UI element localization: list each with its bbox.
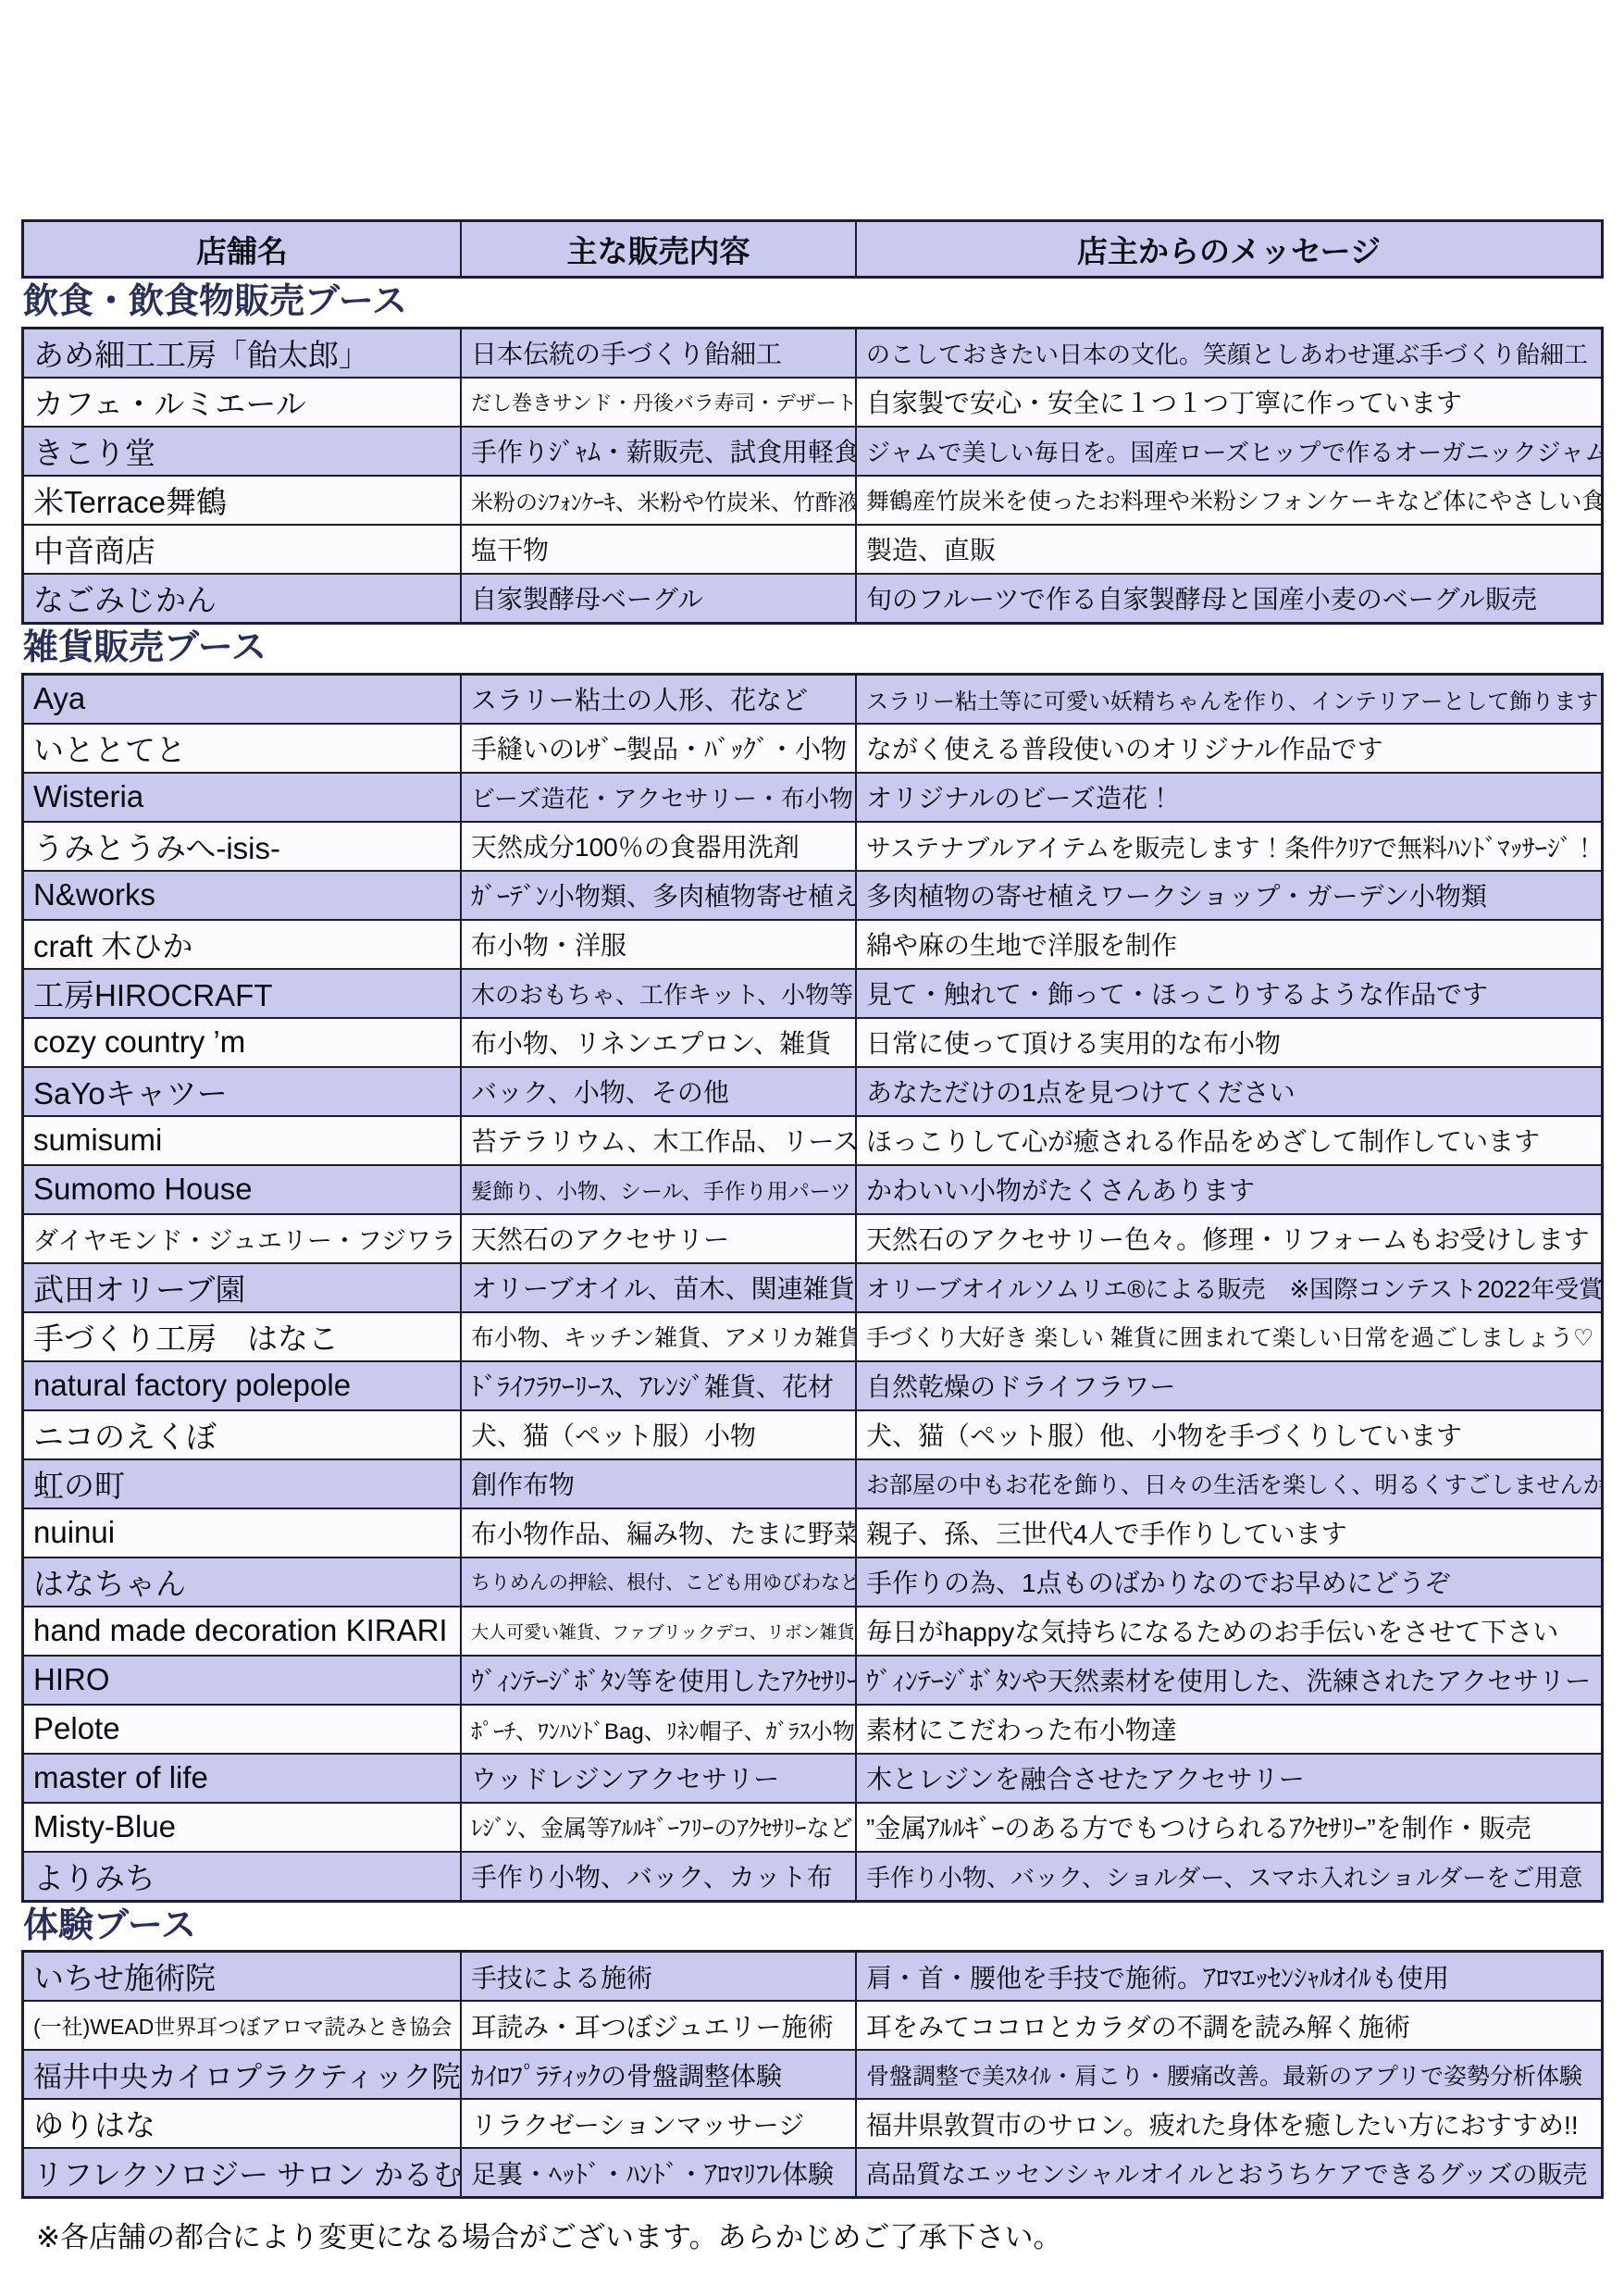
- shop-name-cell: natural factory polepole: [24, 1362, 460, 1409]
- message-cell: 毎日がhappyな気持ちになるためのお手伝いをさせて下さい: [855, 1607, 1601, 1655]
- shop-name-cell-text: 米Terrace舞鶴: [33, 478, 227, 522]
- products-cell-text: 米粉のｼﾌｫﾝｹｰｷ、米粉や竹炭米、竹酢液: [471, 484, 855, 516]
- page: 店舗名 主な販売内容 店主からのメッセージ 飲食・飲食物販売ブースあめ細工工房「…: [0, 0, 1624, 2296]
- products-cell: 天然石のアクセサリー: [460, 1215, 855, 1262]
- message-cell-text: 高品質なエッセンシャルオイルとおうちケアできるグッズの販売: [866, 2154, 1587, 2191]
- products-cell-text: ﾄﾞﾗｲﾌﾗﾜｰﾘｰｽ、ｱﾚﾝｼﾞ雑貨、花材: [471, 1367, 834, 1404]
- products-cell: 木のおもちゃ、工作キット、小物等: [460, 970, 855, 1017]
- products-cell: 髪飾り、小物、シール、手作り用パーツ: [460, 1166, 855, 1213]
- products-cell-text: 天然石のアクセサリー: [471, 1220, 729, 1257]
- booth-row: 武田オリーブ園オリーブオイル、苗木、関連雑貨オリーブオイルソムリエ®による販売 …: [24, 1262, 1601, 1311]
- message-cell: 自家製で安心・安全に１つ１つ丁寧に作っています: [855, 379, 1601, 426]
- shop-name-cell-text: hand made decoration KIRARI: [33, 1613, 448, 1648]
- booth-row: カフェ・ルミエールだし巻きサンド・丹後バラ寿司・デザート自家製で安心・安全に１つ…: [24, 377, 1601, 426]
- products-cell-text: リラクゼーションマッサージ: [471, 2105, 804, 2142]
- message-cell: 舞鶴産竹炭米を使ったお料理や米粉シフォンケーキなど体にやさしい食: [855, 477, 1601, 524]
- products-cell-text: 布小物・洋服: [471, 925, 626, 962]
- booth-row: master of lifeウッドレジンアクセサリー木とレジンを融合させたアクセ…: [24, 1753, 1601, 1802]
- message-cell-text: スラリー粘土等に可愛い妖精ちゃんを作り、インテリアーとして飾ります: [866, 683, 1598, 715]
- products-cell: 米粉のｼﾌｫﾝｹｰｷ、米粉や竹炭米、竹酢液: [460, 477, 855, 524]
- booth-row: いちせ施術院手技による施術肩・首・腰他を手技で施術。ｱﾛﾏｴｯｾﾝｼｬﾙｵｲﾙも…: [24, 1953, 1601, 2000]
- products-cell: ウッドレジンアクセサリー: [460, 1755, 855, 1802]
- message-cell: のこしておきたい日本の文化。笑顔としあわせ運ぶ手づくり飴細工: [855, 329, 1601, 377]
- column-header-message-label: 店主からのメッセージ: [1077, 228, 1381, 271]
- shop-name-cell-text: ゆりはな: [33, 2102, 155, 2145]
- shop-name-cell: ニコのえくぼ: [24, 1411, 460, 1458]
- booth-row: sumisumi苔テラリウム、木工作品、リースほっこりして心が癒される作品をめざ…: [24, 1115, 1601, 1164]
- products-cell-text: 手技による施術: [471, 1958, 652, 1995]
- products-cell-text: 耳読み・耳つぼジュエリー施術: [471, 2007, 833, 2044]
- products-cell-text: 布小物、リネンエプロン、雑貨: [471, 1024, 831, 1061]
- products-cell-text: 自家製酵母ベーグル: [471, 579, 703, 616]
- products-cell-text: 犬、猫（ペット服）小物: [471, 1416, 756, 1453]
- products-cell: 手作り小物、バック、カット布: [460, 1853, 855, 1900]
- shop-name-cell: きこり堂: [24, 428, 460, 475]
- products-cell: 手作りｼﾞｬﾑ・薪販売、試食用軽食: [460, 428, 855, 475]
- products-cell-text: ビーズ造花・アクセサリー・布小物: [471, 780, 853, 814]
- message-cell: かわいい小物がたくさんあります: [855, 1166, 1601, 1213]
- message-cell: スラリー粘土等に可愛い妖精ちゃんを作り、インテリアーとして飾ります: [855, 676, 1601, 723]
- products-cell-text: ｶﾞｰﾃﾞﾝ小物類、多肉植物寄せ植え: [471, 876, 855, 913]
- products-cell: 塩干物: [460, 526, 855, 573]
- products-cell: ｶｲﾛﾌﾟﾗﾃｨｯｸの骨盤調整体験: [460, 2051, 855, 2098]
- message-cell-text: 天然石のアクセサリー色々。修理・リフォームもお受けします: [866, 1220, 1590, 1257]
- section-title: 飲食・飲食物販売ブース: [21, 279, 1604, 327]
- shop-name-cell: cozy country ’m: [24, 1019, 460, 1066]
- shop-name-cell-text: はなちゃん: [33, 1560, 186, 1604]
- shop-name-cell: N&works: [24, 872, 460, 919]
- products-cell: 耳読み・耳つぼジュエリー施術: [460, 2002, 855, 2049]
- products-cell-text: ﾚｼﾞﾝ、金属等ｱﾙﾙｷﾞｰﾌﾘｰのｱｸｾｻﾘｰなど: [471, 1810, 853, 1843]
- booth-section: 飲食・飲食物販売ブースあめ細工工房「飴太郎」日本伝統の手づくり飴細工のこしておき…: [21, 279, 1604, 625]
- shop-name-cell-text: natural factory polepole: [33, 1368, 351, 1403]
- shop-name-cell: 中音商店: [24, 526, 460, 573]
- shop-name-cell: 手づくり工房 はなこ: [24, 1313, 460, 1360]
- shop-name-cell-text: 武田オリーブ園: [33, 1266, 245, 1309]
- booth-row: N&worksｶﾞｰﾃﾞﾝ小物類、多肉植物寄せ植え多肉植物の寄せ植えワークショッ…: [24, 870, 1601, 919]
- message-cell-text: 手づくり大好き 楽しい 雑貨に囲まれて楽しい日常を過ごしましょう♡: [866, 1320, 1593, 1353]
- shop-name-cell: (一社)WEAD世界耳つぼアロマ読みとき協会: [24, 2002, 460, 2049]
- message-cell-text: のこしておきたい日本の文化。笑顔としあわせ運ぶ手づくり飴細工: [866, 336, 1588, 370]
- shop-name-cell: Aya: [24, 676, 460, 723]
- shop-name-cell-text: うみとうみへ-isis-: [33, 825, 280, 868]
- message-cell: 自然乾燥のドライフラワー: [855, 1362, 1601, 1409]
- products-cell-text: スラリー粘土の人形、花など: [471, 680, 808, 717]
- products-cell-text: ウッドレジンアクセサリー: [471, 1759, 779, 1796]
- products-cell: 天然成分100％の食器用洗剤: [460, 823, 855, 870]
- message-cell: 綿や麻の生地で洋服を制作: [855, 921, 1601, 968]
- products-cell: ﾚｼﾞﾝ、金属等ｱﾙﾙｷﾞｰﾌﾘｰのｱｸｾｻﾘｰなど: [460, 1804, 855, 1851]
- message-cell-text: 毎日がhappyな気持ちになるためのお手伝いをさせて下さい: [866, 1612, 1558, 1649]
- message-cell-text: 多肉植物の寄せ植えワークショップ・ガーデン小物類: [866, 876, 1487, 913]
- message-cell-text: ほっこりして心が癒される作品をめざして制作しています: [866, 1122, 1540, 1159]
- message-cell-text: あなただけの1点を見つけてください: [866, 1073, 1295, 1110]
- message-cell: 素材にこだわった布小物達: [855, 1706, 1601, 1753]
- column-header-products: 主な販売内容: [460, 222, 855, 276]
- products-cell: ちりめんの押絵、根付、こども用ゆびわなど: [460, 1558, 855, 1606]
- shop-name-cell: Misty-Blue: [24, 1804, 460, 1851]
- booth-table: Ayaスラリー粘土の人形、花などスラリー粘土等に可愛い妖精ちゃんを作り、インテリ…: [21, 673, 1604, 1903]
- message-cell: ｳﾞｨﾝﾃｰｼﾞﾎﾞﾀﾝや天然素材を使用した、洗練されたアクセサリー: [855, 1657, 1601, 1704]
- shop-name-cell-text: なごみじかん: [33, 577, 217, 620]
- message-cell: 製造、直販: [855, 526, 1601, 573]
- shop-name-cell: 米Terrace舞鶴: [24, 477, 460, 524]
- shop-name-cell: HIRO: [24, 1657, 460, 1704]
- message-cell: 旬のフルーツで作る自家製酵母と国産小麦のベーグル販売: [855, 575, 1601, 622]
- message-cell-text: 手作りの為、1点ものばかりなのでお早めにどうぞ: [866, 1563, 1451, 1600]
- booth-row: リフレクソロジー サロン かるむ足裏・ﾍｯﾄﾞ・ﾊﾝﾄﾞ・ｱﾛﾏﾘﾌﾚ体験高品質…: [24, 2147, 1601, 2196]
- shop-name-cell-text: SaYoキャツー: [33, 1070, 228, 1113]
- shop-name-cell: リフレクソロジー サロン かるむ: [24, 2149, 460, 2196]
- booth-table: あめ細工工房「飴太郎」日本伝統の手づくり飴細工のこしておきたい日本の文化。笑顔と…: [21, 327, 1604, 625]
- message-cell-text: 綿や麻の生地で洋服を制作: [866, 925, 1177, 962]
- products-cell: 手縫いのﾚｻﾞｰ製品・ﾊﾞｯｸﾞ・小物: [460, 725, 855, 772]
- shop-name-cell-text: きこり堂: [33, 429, 155, 473]
- message-cell-text: 耳をみてココロとカラダの不調を読み解く施術: [866, 2007, 1410, 2044]
- shop-name-cell: 福井中央カイロプラクティック院: [24, 2051, 460, 2098]
- message-cell-text: 素材にこだわった布小物達: [866, 1710, 1177, 1747]
- products-cell-text: ﾎﾟｰﾁ、ﾜﾝﾊﾝﾄﾞBag、ﾘﾈﾝ帽子、ｶﾞﾗｽ小物: [471, 1713, 855, 1745]
- message-cell: 多肉植物の寄せ植えワークショップ・ガーデン小物類: [855, 872, 1601, 919]
- shop-name-cell: nuinui: [24, 1509, 460, 1557]
- products-cell: 布小物、キッチン雑貨、アメリカ雑貨: [460, 1313, 855, 1360]
- shop-name-cell-text: Wisteria: [33, 779, 143, 814]
- message-cell: 手作りの為、1点ものばかりなのでお早めにどうぞ: [855, 1558, 1601, 1606]
- products-cell: ビーズ造花・アクセサリー・布小物: [460, 774, 855, 821]
- message-cell-text: オリーブオイルソムリエ®による販売 ※国際コンテスト2022年受賞: [866, 1271, 1601, 1305]
- shop-name-cell: うみとうみへ-isis-: [24, 823, 460, 870]
- booth-row: 手づくり工房 はなこ布小物、キッチン雑貨、アメリカ雑貨手づくり大好き 楽しい 雑…: [24, 1311, 1601, 1360]
- products-cell: バック、小物、その他: [460, 1068, 855, 1115]
- products-cell-text: ｶｲﾛﾌﾟﾗﾃｨｯｸの骨盤調整体験: [471, 2056, 782, 2093]
- shop-name-cell-text: いととてと: [33, 726, 186, 770]
- message-cell: ジャムで美しい毎日を。国産ローズヒップで作るオーガニックジャム: [855, 428, 1601, 475]
- booth-section: 体験ブースいちせ施術院手技による施術肩・首・腰他を手技で施術。ｱﾛﾏｴｯｾﾝｼｬ…: [21, 1903, 1604, 2200]
- shop-name-cell: はなちゃん: [24, 1558, 460, 1606]
- products-cell-text: 苔テラリウム、木工作品、リース: [471, 1122, 855, 1159]
- shop-name-cell-text: craft 木ひか: [33, 923, 192, 966]
- shop-name-cell: ゆりはな: [24, 2100, 460, 2147]
- message-cell-text: 自家製で安心・安全に１つ１つ丁寧に作っています: [866, 383, 1462, 420]
- message-cell: オリーブオイルソムリエ®による販売 ※国際コンテスト2022年受賞: [855, 1264, 1601, 1311]
- shop-name-cell: 武田オリーブ園: [24, 1264, 460, 1311]
- products-cell: 日本伝統の手づくり飴細工: [460, 329, 855, 377]
- shop-name-cell-text: nuinui: [33, 1515, 115, 1550]
- products-cell-text: ちりめんの押絵、根付、こども用ゆびわなど: [471, 1568, 855, 1595]
- message-cell-text: 親子、孫、三世代4人で手作りしています: [866, 1514, 1347, 1551]
- booth-row: natural factory polepoleﾄﾞﾗｲﾌﾗﾜｰﾘｰｽ、ｱﾚﾝｼ…: [24, 1360, 1601, 1409]
- message-cell-text: サステナブルアイテムを販売します！条件ｸﾘｱで無料ﾊﾝﾄﾞﾏｯｻｰｼﾞ！: [866, 828, 1597, 864]
- shop-name-cell: あめ細工工房「飴太郎」: [24, 329, 460, 377]
- products-cell-text: 大人可愛い雑貨、ファブリックデコ、リボン雑貨: [471, 1619, 855, 1644]
- message-cell: ながく使える普段使いのオリジナル作品です: [855, 725, 1601, 772]
- products-cell-text: オリーブオイル、苗木、関連雑貨: [471, 1269, 855, 1306]
- message-cell-text: 福井県敦賀市のサロン。疲れた身体を癒したい方におすすめ!!: [866, 2105, 1579, 2142]
- shop-name-cell-text: 工房HIROCRAFT: [33, 972, 273, 1015]
- shop-name-cell-text: HIRO: [33, 1662, 110, 1697]
- message-cell-text: お部屋の中もお花を飾り、日々の生活を楽しく、明るくすごしませんか: [866, 1467, 1601, 1500]
- shop-name-cell-text: Aya: [33, 681, 85, 716]
- products-cell-text: 足裏・ﾍｯﾄﾞ・ﾊﾝﾄﾞ・ｱﾛﾏﾘﾌﾚ体験: [471, 2154, 834, 2191]
- message-cell: 見て・触れて・飾って・ほっこりするような作品です: [855, 970, 1601, 1017]
- message-cell: あなただけの1点を見つけてください: [855, 1068, 1601, 1115]
- shop-name-cell: いちせ施術院: [24, 1953, 460, 2000]
- booth-sections: 飲食・飲食物販売ブースあめ細工工房「飴太郎」日本伝統の手づくり飴細工のこしておき…: [21, 279, 1604, 2199]
- products-cell: ﾎﾟｰﾁ、ﾜﾝﾊﾝﾄﾞBag、ﾘﾈﾝ帽子、ｶﾞﾗｽ小物: [460, 1706, 855, 1753]
- shop-name-cell-text: 福井中央カイロプラクティック院: [33, 2054, 460, 2095]
- shop-name-cell: Sumomo House: [24, 1166, 460, 1213]
- products-cell: ｳﾞｨﾝﾃｰｼﾞﾎﾞﾀﾝ等を使用したｱｸｾｻﾘｰ: [460, 1657, 855, 1704]
- message-cell-text: 日常に使って頂ける実用的な布小物: [866, 1024, 1281, 1061]
- column-header-row: 店舗名 主な販売内容 店主からのメッセージ: [24, 222, 1601, 276]
- shop-name-cell-text: 手づくり工房 はなこ: [33, 1315, 339, 1359]
- column-header-shop-name: 店舗名: [24, 222, 460, 276]
- message-cell: 耳をみてココロとカラダの不調を読み解く施術: [855, 2002, 1601, 2049]
- shop-name-cell-text: ニコのえくぼ: [33, 1413, 217, 1457]
- message-cell-text: 骨盤調整で美ｽﾀｲﾙ・肩こり・腰痛改善。最新のアプリで姿勢分析体験: [866, 2058, 1582, 2091]
- message-cell: 骨盤調整で美ｽﾀｲﾙ・肩こり・腰痛改善。最新のアプリで姿勢分析体験: [855, 2051, 1601, 2098]
- shop-name-cell: いととてと: [24, 725, 460, 772]
- products-cell-text: 布小物作品、編み物、たまに野菜: [471, 1514, 855, 1551]
- shop-name-cell-text: いちせ施術院: [33, 1955, 216, 1998]
- shop-name-cell-text: sumisumi: [33, 1123, 162, 1158]
- message-cell-text: オリジナルのビーズ造花！: [866, 778, 1173, 815]
- products-cell-text: ｳﾞｨﾝﾃｰｼﾞﾎﾞﾀﾝ等を使用したｱｸｾｻﾘｰ: [471, 1661, 855, 1698]
- shop-name-cell-text: 中音商店: [33, 527, 155, 571]
- products-cell: だし巻きサンド・丹後バラ寿司・デザート: [460, 379, 855, 426]
- shop-name-cell-text: master of life: [33, 1760, 208, 1795]
- booth-row: いととてと手縫いのﾚｻﾞｰ製品・ﾊﾞｯｸﾞ・小物ながく使える普段使いのオリジナル…: [24, 723, 1601, 772]
- shop-name-cell: なごみじかん: [24, 575, 460, 622]
- message-cell: 日常に使って頂ける実用的な布小物: [855, 1019, 1601, 1066]
- message-cell-text: ジャムで美しい毎日を。国産ローズヒップで作るオーガニックジャム: [866, 434, 1601, 468]
- message-cell: 手作り小物、バック、ショルダー、スマホ入れショルダーをご用意: [855, 1853, 1601, 1900]
- message-cell: サステナブルアイテムを販売します！条件ｸﾘｱで無料ﾊﾝﾄﾞﾏｯｻｰｼﾞ！: [855, 823, 1601, 870]
- shop-name-cell: 工房HIROCRAFT: [24, 970, 460, 1017]
- products-cell-text: バック、小物、その他: [471, 1073, 729, 1110]
- shop-name-cell-text: よりみち: [33, 1855, 155, 1898]
- booth-row: Peloteﾎﾟｰﾁ、ﾜﾝﾊﾝﾄﾞBag、ﾘﾈﾝ帽子、ｶﾞﾗｽ小物素材にこだわっ…: [24, 1704, 1601, 1753]
- section-title: 体験ブース: [21, 1903, 1604, 1951]
- section-title: 雑貨販売ブース: [21, 625, 1604, 673]
- message-cell-text: ”金属ｱﾙﾙｷﾞｰのある方でもつけられるｱｸｾｻﾘｰ”を制作・販売: [866, 1808, 1531, 1845]
- booth-row: craft 木ひか布小物・洋服綿や麻の生地で洋服を制作: [24, 919, 1601, 968]
- products-cell: 布小物、リネンエプロン、雑貨: [460, 1019, 855, 1066]
- products-cell: リラクゼーションマッサージ: [460, 2100, 855, 2147]
- booth-row: 米Terrace舞鶴米粉のｼﾌｫﾝｹｰｷ、米粉や竹炭米、竹酢液舞鶴産竹炭米を使っ…: [24, 475, 1601, 524]
- booth-row: 福井中央カイロプラクティック院ｶｲﾛﾌﾟﾗﾃｨｯｸの骨盤調整体験骨盤調整で美ｽﾀ…: [24, 2049, 1601, 2098]
- products-cell-text: 手作り小物、バック、カット布: [471, 1857, 833, 1894]
- products-cell: 犬、猫（ペット服）小物: [460, 1411, 855, 1458]
- message-cell: オリジナルのビーズ造花！: [855, 774, 1601, 821]
- products-cell: 創作布物: [460, 1460, 855, 1508]
- booth-row: 虹の町創作布物お部屋の中もお花を飾り、日々の生活を楽しく、明るくすごしませんか: [24, 1458, 1601, 1508]
- booth-row: Ayaスラリー粘土の人形、花などスラリー粘土等に可愛い妖精ちゃんを作り、インテリ…: [24, 676, 1601, 723]
- shop-name-cell-text: ダイヤモンド・ジュエリー・フジワラ: [33, 1221, 456, 1257]
- shop-name-cell: よりみち: [24, 1853, 460, 1900]
- shop-name-cell-text: cozy country ’m: [33, 1024, 245, 1060]
- message-cell: 高品質なエッセンシャルオイルとおうちケアできるグッズの販売: [855, 2149, 1601, 2196]
- products-cell-text: 日本伝統の手づくり飴細工: [471, 334, 782, 371]
- shop-name-cell-text: Sumomo House: [33, 1172, 253, 1207]
- booth-row: なごみじかん自家製酵母ベーグル旬のフルーツで作る自家製酵母と国産小麦のベーグル販…: [24, 573, 1601, 622]
- message-cell: お部屋の中もお花を飾り、日々の生活を楽しく、明るくすごしませんか: [855, 1460, 1601, 1508]
- message-cell-text: かわいい小物がたくさんあります: [866, 1171, 1255, 1208]
- shop-name-cell: Wisteria: [24, 774, 460, 821]
- booth-row: hand made decoration KIRARI大人可愛い雑貨、ファブリッ…: [24, 1606, 1601, 1655]
- message-cell: ”金属ｱﾙﾙｷﾞｰのある方でもつけられるｱｸｾｻﾘｰ”を制作・販売: [855, 1804, 1601, 1851]
- products-cell-text: 塩干物: [471, 530, 549, 567]
- booth-row: はなちゃんちりめんの押絵、根付、こども用ゆびわなど手作りの為、1点ものばかりなの…: [24, 1557, 1601, 1606]
- products-cell: ﾄﾞﾗｲﾌﾗﾜｰﾘｰｽ、ｱﾚﾝｼﾞ雑貨、花材: [460, 1362, 855, 1409]
- message-cell: 手づくり大好き 楽しい 雑貨に囲まれて楽しい日常を過ごしましょう♡: [855, 1313, 1601, 1360]
- booth-row: あめ細工工房「飴太郎」日本伝統の手づくり飴細工のこしておきたい日本の文化。笑顔と…: [24, 329, 1601, 377]
- booth-row: 中音商店塩干物製造、直販: [24, 524, 1601, 573]
- shop-name-cell: SaYoキャツー: [24, 1068, 460, 1115]
- footer-note: ※各店舗の都合により変更になる場合がございます。あらかじめご了承下さい。: [21, 2214, 1604, 2255]
- booth-row: HIROｳﾞｨﾝﾃｰｼﾞﾎﾞﾀﾝ等を使用したｱｸｾｻﾘｰｳﾞｨﾝﾃｰｼﾞﾎﾞﾀﾝ…: [24, 1655, 1601, 1704]
- booth-row: Misty-Blueﾚｼﾞﾝ、金属等ｱﾙﾙｷﾞｰﾌﾘｰのｱｸｾｻﾘｰなど”金属ｱ…: [24, 1802, 1601, 1851]
- shop-name-cell-text: Pelote: [33, 1711, 120, 1746]
- shop-name-cell: カフェ・ルミエール: [24, 379, 460, 426]
- booth-row: ダイヤモンド・ジュエリー・フジワラ天然石のアクセサリー天然石のアクセサリー色々。…: [24, 1213, 1601, 1262]
- message-cell-text: 製造、直販: [866, 530, 996, 567]
- products-cell-text: 手作りｼﾞｬﾑ・薪販売、試食用軽食: [471, 432, 855, 469]
- shop-name-cell: master of life: [24, 1755, 460, 1802]
- shop-name-cell: craft 木ひか: [24, 921, 460, 968]
- message-cell-text: 木とレジンを融合させたアクセサリー: [866, 1759, 1305, 1796]
- message-cell-text: ながく使える普段使いのオリジナル作品です: [866, 729, 1383, 766]
- products-cell-text: 手縫いのﾚｻﾞｰ製品・ﾊﾞｯｸﾞ・小物: [471, 729, 847, 766]
- message-cell-text: 肩・首・腰他を手技で施術。ｱﾛﾏｴｯｾﾝｼｬﾙｵｲﾙも使用: [866, 1958, 1449, 1995]
- products-cell-text: 創作布物: [471, 1465, 575, 1502]
- booth-row: うみとうみへ-isis-天然成分100％の食器用洗剤サステナブルアイテムを販売し…: [24, 821, 1601, 870]
- booth-row: SaYoキャツーバック、小物、その他あなただけの1点を見つけてください: [24, 1066, 1601, 1115]
- booth-table: いちせ施術院手技による施術肩・首・腰他を手技で施術。ｱﾛﾏｴｯｾﾝｼｬﾙｵｲﾙも…: [21, 1950, 1604, 2199]
- message-cell: 肩・首・腰他を手技で施術。ｱﾛﾏｴｯｾﾝｼｬﾙｵｲﾙも使用: [855, 1953, 1601, 2000]
- booth-row: Wisteriaビーズ造花・アクセサリー・布小物オリジナルのビーズ造花！: [24, 772, 1601, 821]
- products-cell: 大人可愛い雑貨、ファブリックデコ、リボン雑貨: [460, 1607, 855, 1655]
- booth-row: きこり堂手作りｼﾞｬﾑ・薪販売、試食用軽食ジャムで美しい毎日を。国産ローズヒップ…: [24, 426, 1601, 475]
- booth-row: nuinui布小物作品、編み物、たまに野菜親子、孫、三世代4人で手作りしています: [24, 1508, 1601, 1557]
- message-cell-text: ｳﾞｨﾝﾃｰｼﾞﾎﾞﾀﾝや天然素材を使用した、洗練されたアクセサリー: [866, 1661, 1591, 1698]
- booth-table-header: 店舗名 主な販売内容 店主からのメッセージ: [21, 219, 1604, 279]
- shop-name-cell-text: リフレクソロジー サロン かるむ: [33, 2152, 460, 2194]
- booth-row: cozy country ’m布小物、リネンエプロン、雑貨日常に使って頂ける実用…: [24, 1017, 1601, 1066]
- column-header-shop-name-label: 店舗名: [196, 228, 288, 271]
- shop-name-cell-text: カフェ・ルミエール: [33, 380, 306, 424]
- products-cell-text: 木のおもちゃ、工作キット、小物等: [471, 976, 853, 1011]
- message-cell-text: 見て・触れて・飾って・ほっこりするような作品です: [866, 974, 1488, 1011]
- shop-name-cell-text: 虹の町: [33, 1462, 125, 1506]
- products-cell: スラリー粘土の人形、花など: [460, 676, 855, 723]
- message-cell-text: 舞鶴産竹炭米を使ったお料理や米粉シフォンケーキなど体にやさしい食: [866, 483, 1601, 516]
- column-header-message: 店主からのメッセージ: [855, 222, 1601, 276]
- products-cell: オリーブオイル、苗木、関連雑貨: [460, 1264, 855, 1311]
- products-cell: 手技による施術: [460, 1953, 855, 2000]
- shop-name-cell: hand made decoration KIRARI: [24, 1607, 460, 1655]
- booth-row: (一社)WEAD世界耳つぼアロマ読みとき協会耳読み・耳つぼジュエリー施術耳をみて…: [24, 2000, 1601, 2049]
- shop-name-cell: 虹の町: [24, 1460, 460, 1508]
- products-cell-text: 髪飾り、小物、シール、手作り用パーツ: [471, 1174, 851, 1205]
- products-cell: 自家製酵母ベーグル: [460, 575, 855, 622]
- booth-row: Sumomo House髪飾り、小物、シール、手作り用パーツかわいい小物がたくさ…: [24, 1164, 1601, 1213]
- message-cell: 木とレジンを融合させたアクセサリー: [855, 1755, 1601, 1802]
- message-cell: 犬、猫（ペット服）他、小物を手づくりしています: [855, 1411, 1601, 1458]
- message-cell-text: 犬、猫（ペット服）他、小物を手づくりしています: [866, 1416, 1462, 1453]
- products-cell: 布小物作品、編み物、たまに野菜: [460, 1509, 855, 1557]
- column-header-products-label: 主な販売内容: [567, 228, 750, 271]
- products-cell: 足裏・ﾍｯﾄﾞ・ﾊﾝﾄﾞ・ｱﾛﾏﾘﾌﾚ体験: [460, 2149, 855, 2196]
- booth-row: ゆりはなリラクゼーションマッサージ福井県敦賀市のサロン。疲れた身体を癒したい方に…: [24, 2098, 1601, 2147]
- message-cell-text: 自然乾燥のドライフラワー: [866, 1367, 1175, 1404]
- shop-name-cell: ダイヤモンド・ジュエリー・フジワラ: [24, 1215, 460, 1262]
- message-cell-text: 旬のフルーツで作る自家製酵母と国産小麦のベーグル販売: [866, 579, 1537, 616]
- shop-name-cell: sumisumi: [24, 1117, 460, 1164]
- shop-name-cell-text: Misty-Blue: [33, 1809, 176, 1844]
- message-cell: 親子、孫、三世代4人で手作りしています: [855, 1509, 1601, 1557]
- products-cell-text: だし巻きサンド・丹後バラ寿司・デザート: [471, 388, 855, 416]
- shop-name-cell-text: N&works: [33, 877, 155, 912]
- message-cell: 天然石のアクセサリー色々。修理・リフォームもお受けします: [855, 1215, 1601, 1262]
- booth-row: 工房HIROCRAFT木のおもちゃ、工作キット、小物等見て・触れて・飾って・ほっ…: [24, 968, 1601, 1017]
- products-cell: ｶﾞｰﾃﾞﾝ小物類、多肉植物寄せ植え: [460, 872, 855, 919]
- message-cell-text: 手作り小物、バック、ショルダー、スマホ入れショルダーをご用意: [866, 1859, 1582, 1893]
- booth-list: 店舗名 主な販売内容 店主からのメッセージ 飲食・飲食物販売ブースあめ細工工房「…: [21, 219, 1604, 2255]
- booth-row: ニコのえくぼ犬、猫（ペット服）小物犬、猫（ペット服）他、小物を手づくりしています: [24, 1409, 1601, 1458]
- products-cell-text: 布小物、キッチン雑貨、アメリカ雑貨: [471, 1320, 855, 1353]
- booth-row: よりみち手作り小物、バック、カット布手作り小物、バック、ショルダー、スマホ入れシ…: [24, 1851, 1601, 1900]
- products-cell: 布小物・洋服: [460, 921, 855, 968]
- booth-section: 雑貨販売ブースAyaスラリー粘土の人形、花などスラリー粘土等に可愛い妖精ちゃんを…: [21, 625, 1604, 1903]
- message-cell: ほっこりして心が癒される作品をめざして制作しています: [855, 1117, 1601, 1164]
- products-cell: 苔テラリウム、木工作品、リース: [460, 1117, 855, 1164]
- products-cell-text: 天然成分100％の食器用洗剤: [471, 827, 800, 864]
- shop-name-cell-text: あめ細工工房「飴太郎」: [33, 331, 369, 375]
- shop-name-cell-text: (一社)WEAD世界耳つぼアロマ読みとき協会: [33, 2010, 452, 2041]
- shop-name-cell: Pelote: [24, 1706, 460, 1753]
- message-cell: 福井県敦賀市のサロン。疲れた身体を癒したい方におすすめ!!: [855, 2100, 1601, 2147]
